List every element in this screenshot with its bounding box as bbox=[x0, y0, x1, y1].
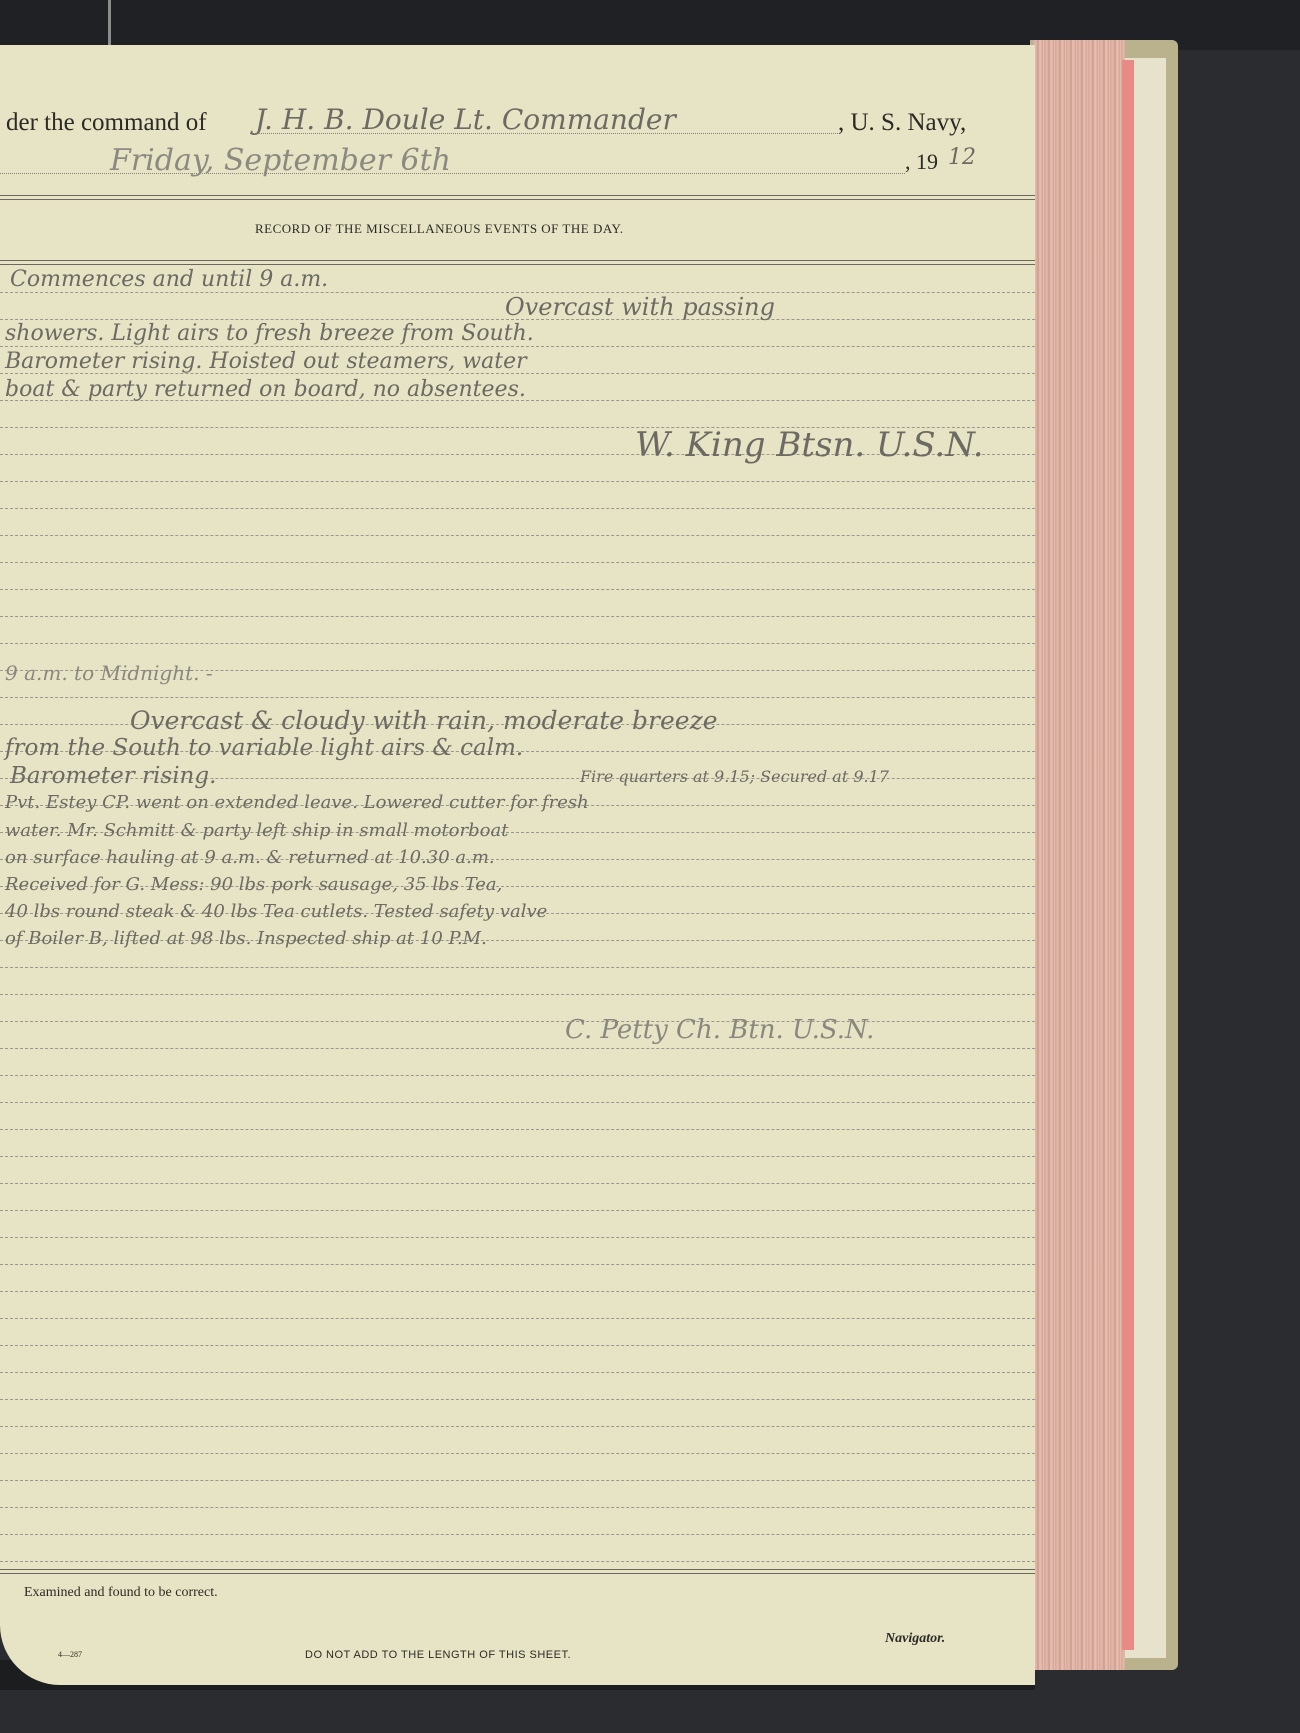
entry-line: from the South to variable light airs & … bbox=[5, 735, 523, 761]
entry-line: Overcast with passing bbox=[505, 293, 775, 321]
log-page: der the command of J. H. B. Doule Lt. Co… bbox=[0, 45, 1035, 1685]
red-page-edge bbox=[1122, 60, 1134, 1650]
form-number: 4—287 bbox=[58, 1650, 82, 1659]
entry-line: Commences and until 9 a.m. bbox=[10, 267, 328, 292]
entry-line: showers. Light airs to fresh breeze from… bbox=[5, 321, 534, 346]
entry-line: Received for G. Mess: 90 lbs pork sausag… bbox=[5, 874, 502, 895]
examined-text: Examined and found to be correct. bbox=[24, 1585, 218, 1601]
commander-handwritten: J. H. B. Doule Lt. Commander bbox=[255, 103, 676, 136]
entry-line: Fire quarters at 9.15; Secured at 9.17 bbox=[580, 767, 889, 786]
entry-line: 40 lbs round steak & 40 lbs Tea cutlets.… bbox=[5, 901, 547, 922]
sheet-notice: DO NOT ADD TO THE LENGTH OF THIS SHEET. bbox=[305, 1649, 571, 1661]
navigator-label: Navigator. bbox=[885, 1631, 945, 1647]
year-prefix: , 19 bbox=[905, 149, 938, 175]
entry-line: on surface hauling at 9 a.m. & returned … bbox=[5, 847, 495, 868]
signature: W. King Btsn. U.S.N. bbox=[635, 425, 984, 465]
navy-suffix: , U. S. Navy, bbox=[838, 109, 966, 137]
entry-line: boat & party returned on board, no absen… bbox=[5, 377, 526, 402]
entry-line: Overcast & cloudy with rain, moderate br… bbox=[130, 706, 718, 735]
header-double-rule bbox=[0, 195, 1035, 200]
section-title: RECORD OF THE MISCELLANEOUS EVENTS OF TH… bbox=[255, 221, 624, 237]
body-bottom-rule bbox=[0, 1569, 1035, 1574]
date-handwritten: Friday, September 6th bbox=[110, 143, 451, 178]
body-top-rule bbox=[0, 260, 1035, 265]
entry-line: 9 a.m. to Midnight. - bbox=[5, 661, 213, 685]
entry-line: of Boiler B, lifted at 98 lbs. Inspected… bbox=[5, 928, 487, 949]
command-prefix: der the command of bbox=[6, 109, 207, 137]
page-stack-edges bbox=[1033, 40, 1125, 1670]
entry-line: Barometer rising. Hoisted out steamers, … bbox=[5, 349, 527, 374]
signature: C. Petty Ch. Btn. U.S.N. bbox=[565, 1015, 874, 1045]
entry-line: Pvt. Estey CP. went on extended leave. L… bbox=[5, 792, 589, 813]
entry-line: Barometer rising. bbox=[10, 763, 216, 789]
entry-line: water. Mr. Schmitt & party left ship in … bbox=[5, 820, 508, 841]
year-handwritten: 12 bbox=[948, 145, 976, 170]
background-divider bbox=[108, 0, 111, 45]
